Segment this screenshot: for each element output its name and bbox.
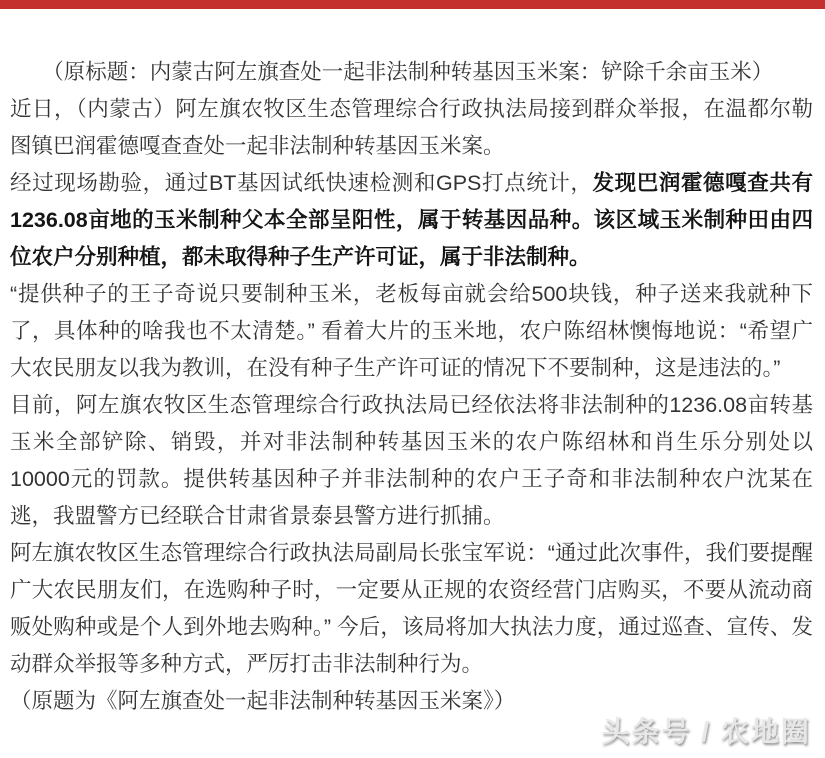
original-title-note: （原标题：内蒙古阿左旗查处一起非法制种转基因玉米案：铲除千余亩玉米）: [10, 54, 813, 91]
paragraph-inspection: 经过现场勘验，通过BT基因试纸快速检测和GPS打点统计，发现巴润霍德嘎查共有12…: [10, 165, 813, 276]
inspection-lead-text: 经过现场勘验，通过BT基因试纸快速检测和GPS打点统计，: [10, 171, 593, 195]
article-page: { "page": { "top_bar_color": "#c3302e", …: [0, 0, 825, 758]
paragraph-official-quote: 阿左旗农牧区生态管理综合行政执法局副局长张宝军说：“通过此次事件，我们要提醒广大…: [10, 535, 813, 683]
article-body: （原标题：内蒙古阿左旗查处一起非法制种转基因玉米案：铲除千余亩玉米） 近日，（内…: [0, 9, 825, 720]
toutiao-watermark: 头条号 / 农地圈: [602, 710, 811, 750]
paragraph-farmer-quote: “提供种子的王子奇说只要制种玉米，老板每亩就会给500块钱，种子送来我就种下了，…: [10, 276, 813, 387]
paragraph-enforcement: 目前，阿左旗农牧区生态管理综合行政执法局已经依法将非法制种的1236.08亩转基…: [10, 387, 813, 535]
top-accent-bar: [0, 0, 825, 9]
paragraph-report: 近日，（内蒙古）阿左旗农牧区生态管理综合行政执法局接到群众举报，在温都尔勒图镇巴…: [10, 91, 813, 165]
